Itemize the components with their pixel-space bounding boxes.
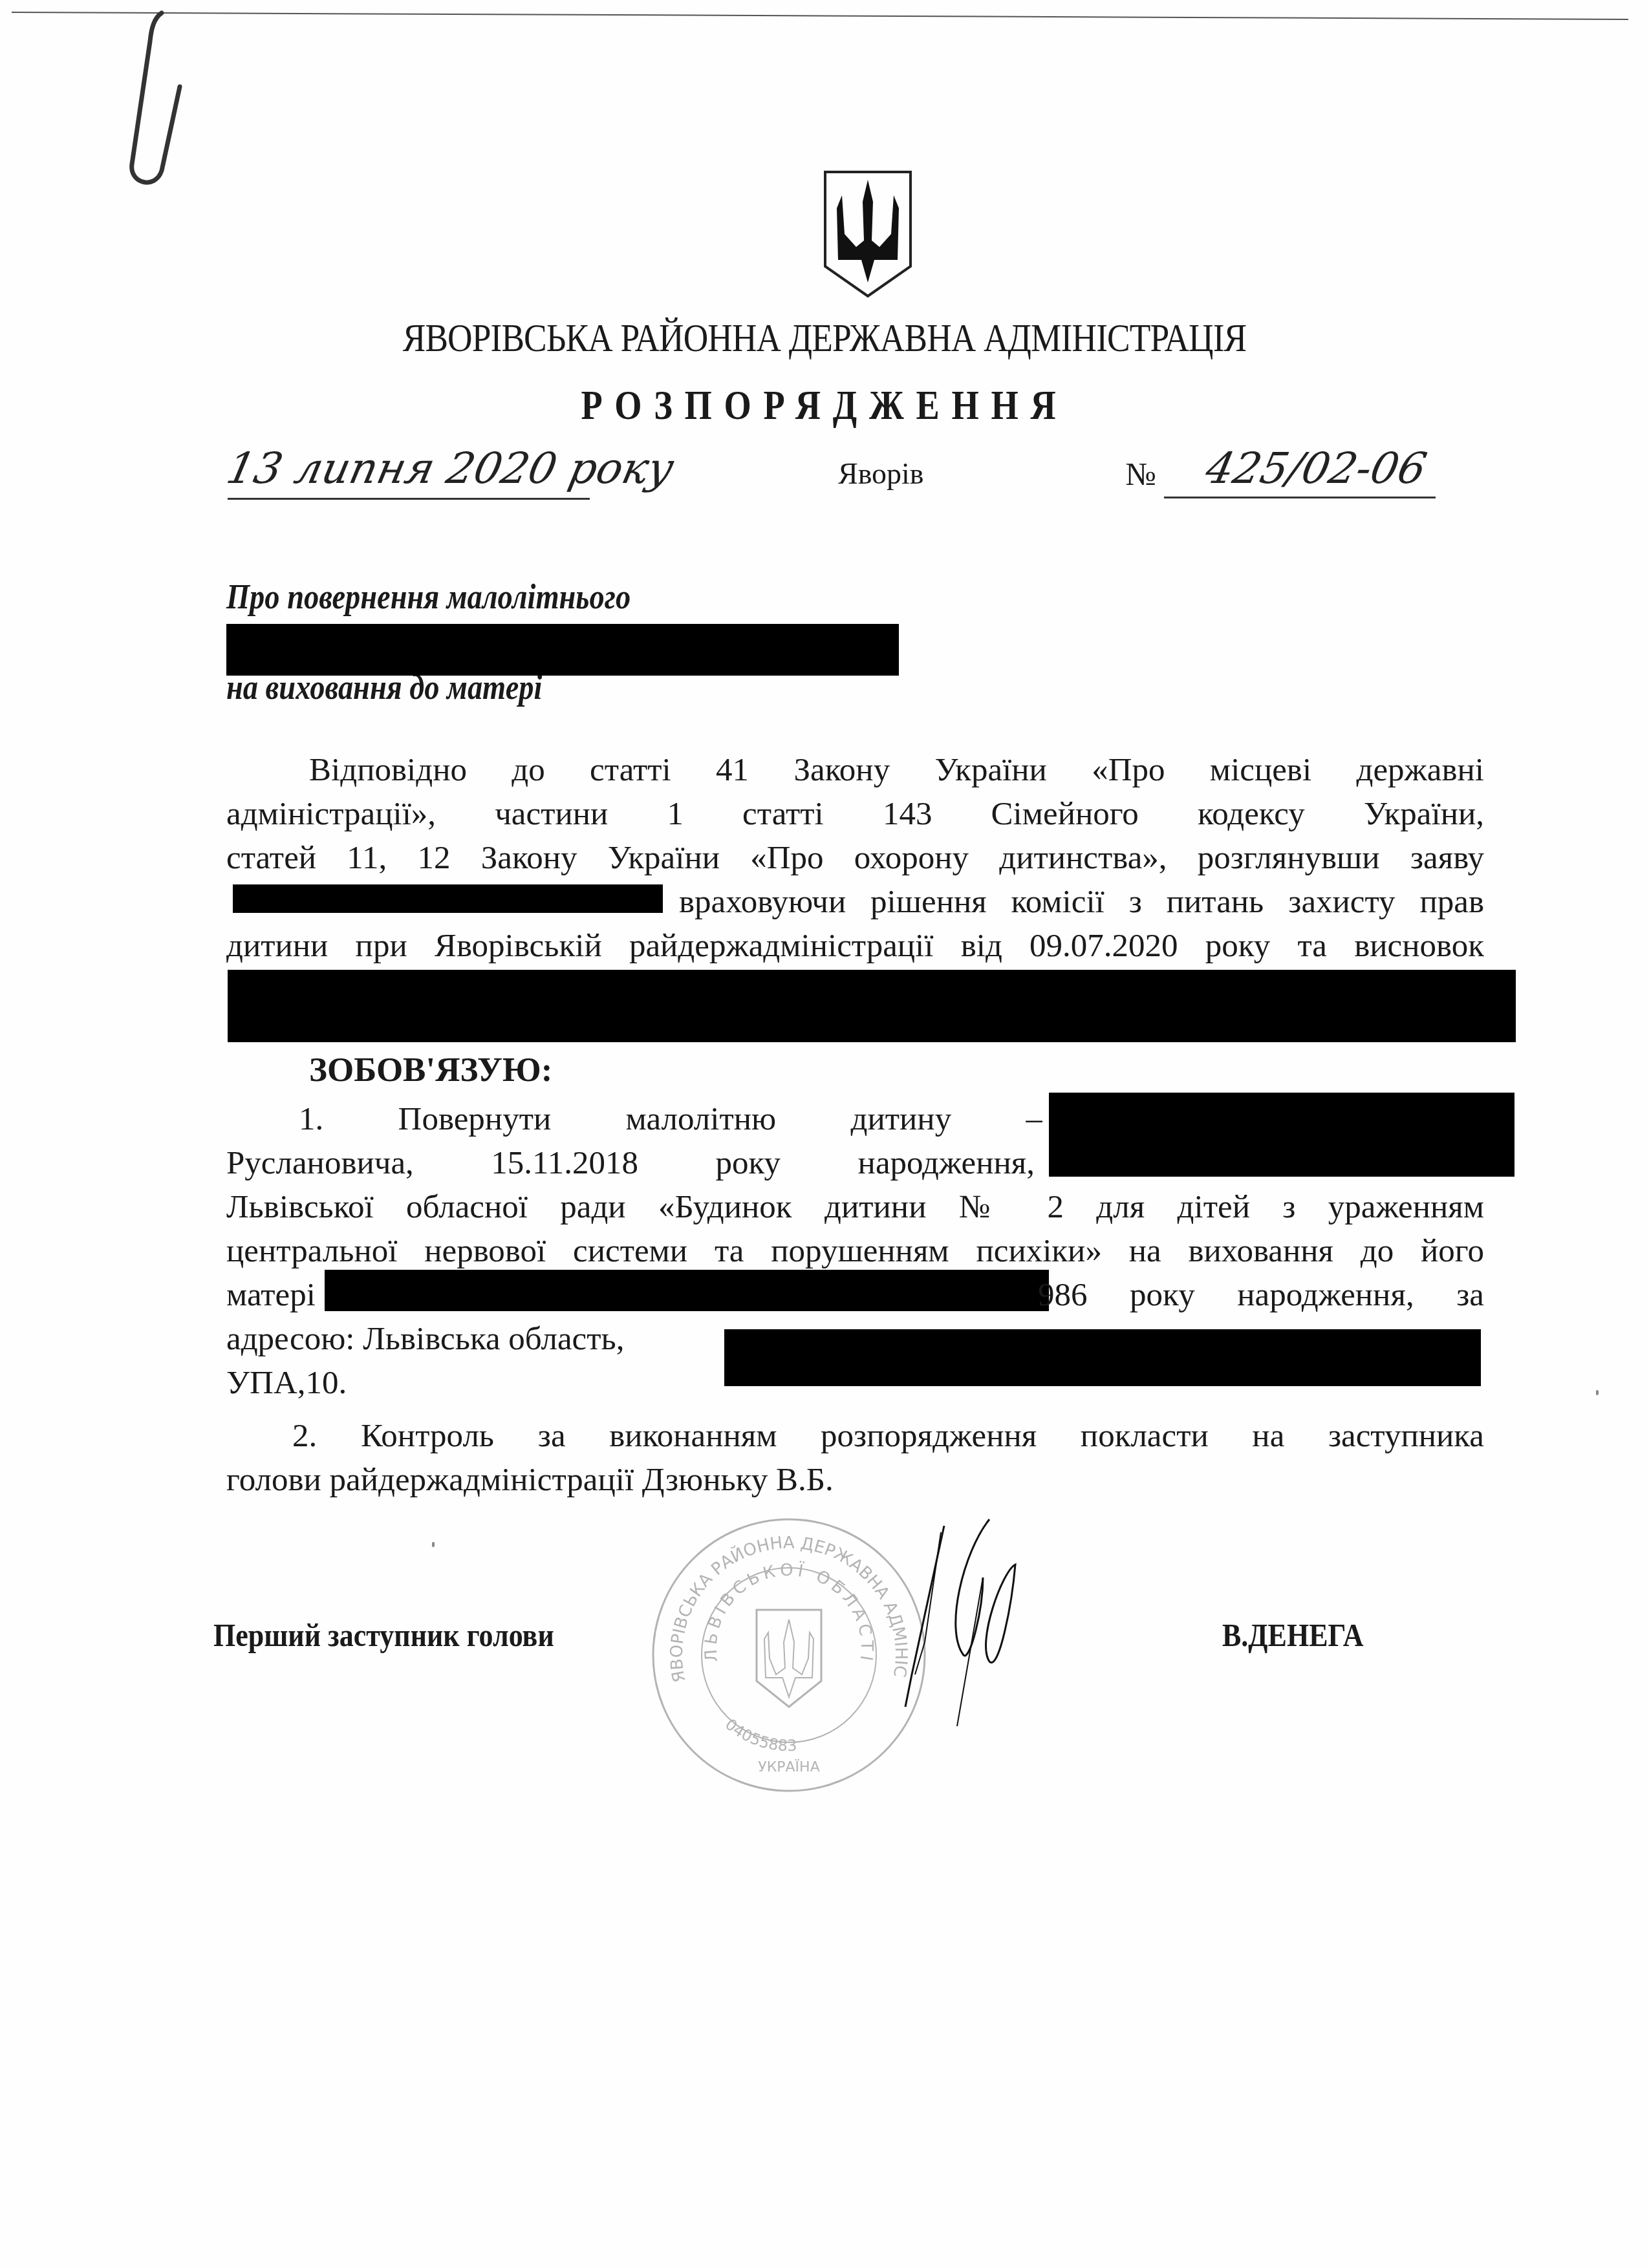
redaction-block	[233, 884, 663, 913]
preamble-line: статей 11, 12 Закону України «Про охорон…	[226, 839, 1484, 877]
paperclip-icon	[123, 9, 200, 190]
page-top-edge	[12, 12, 1628, 20]
item-1-line: матері	[226, 1276, 330, 1314]
item-2-line: голови райдержадміністрації Дзюньку В.Б.	[226, 1461, 1484, 1499]
preamble-line: Відповідно до статті 41 Закону України «…	[309, 751, 1484, 789]
decree-city: Яворів	[838, 456, 924, 491]
signatory-title: Перший заступник голови	[213, 1616, 554, 1654]
document-type-title: РОЗПОРЯДЖЕННЯ	[124, 381, 1525, 429]
scan-artifact	[432, 1542, 435, 1547]
number-sign: №	[1125, 455, 1156, 493]
item-1-line: Львівської обласної ради «Будинок дитини…	[226, 1188, 1484, 1226]
decree-date: 13 липня 2020 року	[222, 444, 678, 493]
redaction-block	[228, 970, 1516, 1042]
preamble-line: адміністрації», частини 1 статті 143 Сім…	[226, 795, 1484, 833]
redaction-block	[226, 624, 899, 676]
order-word: ЗОБОВ'ЯЗУЮ:	[309, 1051, 552, 1089]
item-1-line: адресою: Львівська область,	[226, 1320, 718, 1358]
preamble-line: враховуючи рішення комісії з питань захи…	[679, 883, 1484, 921]
stamp-bottom-text: УКРАЇНА	[758, 1759, 819, 1775]
item-1-line: центральної нервової системи та порушенн…	[226, 1232, 1484, 1270]
item-2-line: 2. Контроль за виконанням розпорядження …	[292, 1417, 1484, 1455]
item-1-line: 986 року народження, за	[1038, 1276, 1484, 1314]
signatory-name: В.ДЕНЕГА	[1222, 1616, 1364, 1654]
organization-title: ЯВОРІВСЬКА РАЙОННА ДЕРЖАВНА АДМІНІСТРАЦІ…	[116, 316, 1534, 361]
svg-text:ЛЬВІВСЬКОЇ ОБЛАСТІ: ЛЬВІВСЬКОЇ ОБЛАСТІ	[701, 1560, 876, 1666]
stamp-code: 04055883	[722, 1715, 797, 1755]
redaction-block	[724, 1329, 1481, 1386]
stamp-inner-text: ЛЬВІВСЬКОЇ ОБЛАСТІ	[701, 1560, 876, 1666]
item-1-line: УПА,10.	[226, 1364, 420, 1402]
handwritten-signature	[886, 1513, 1080, 1733]
svg-text:04055883: 04055883	[722, 1715, 797, 1755]
item-1-line: Руслановича, 15.11.2018 року народження,	[226, 1144, 1035, 1182]
decree-number: 425/02-06	[1202, 444, 1431, 493]
preamble-line: дитини при Яворівській райдержадміністра…	[226, 927, 1484, 965]
scan-artifact	[1596, 1390, 1599, 1395]
document-page: ЯВОРІВСЬКА РАЙОННА ДЕРЖАВНА АДМІНІСТРАЦІ…	[0, 0, 1649, 2268]
subject-line-1: Про повернення малолітнього	[226, 574, 630, 619]
item-1-line: 1. Повернути малолітню дитину –	[299, 1100, 1042, 1138]
date-underline	[228, 498, 590, 500]
redaction-block	[1049, 1093, 1514, 1177]
redaction-block	[325, 1270, 1049, 1311]
coat-of-arms-icon	[823, 169, 913, 299]
number-underline	[1164, 497, 1436, 498]
